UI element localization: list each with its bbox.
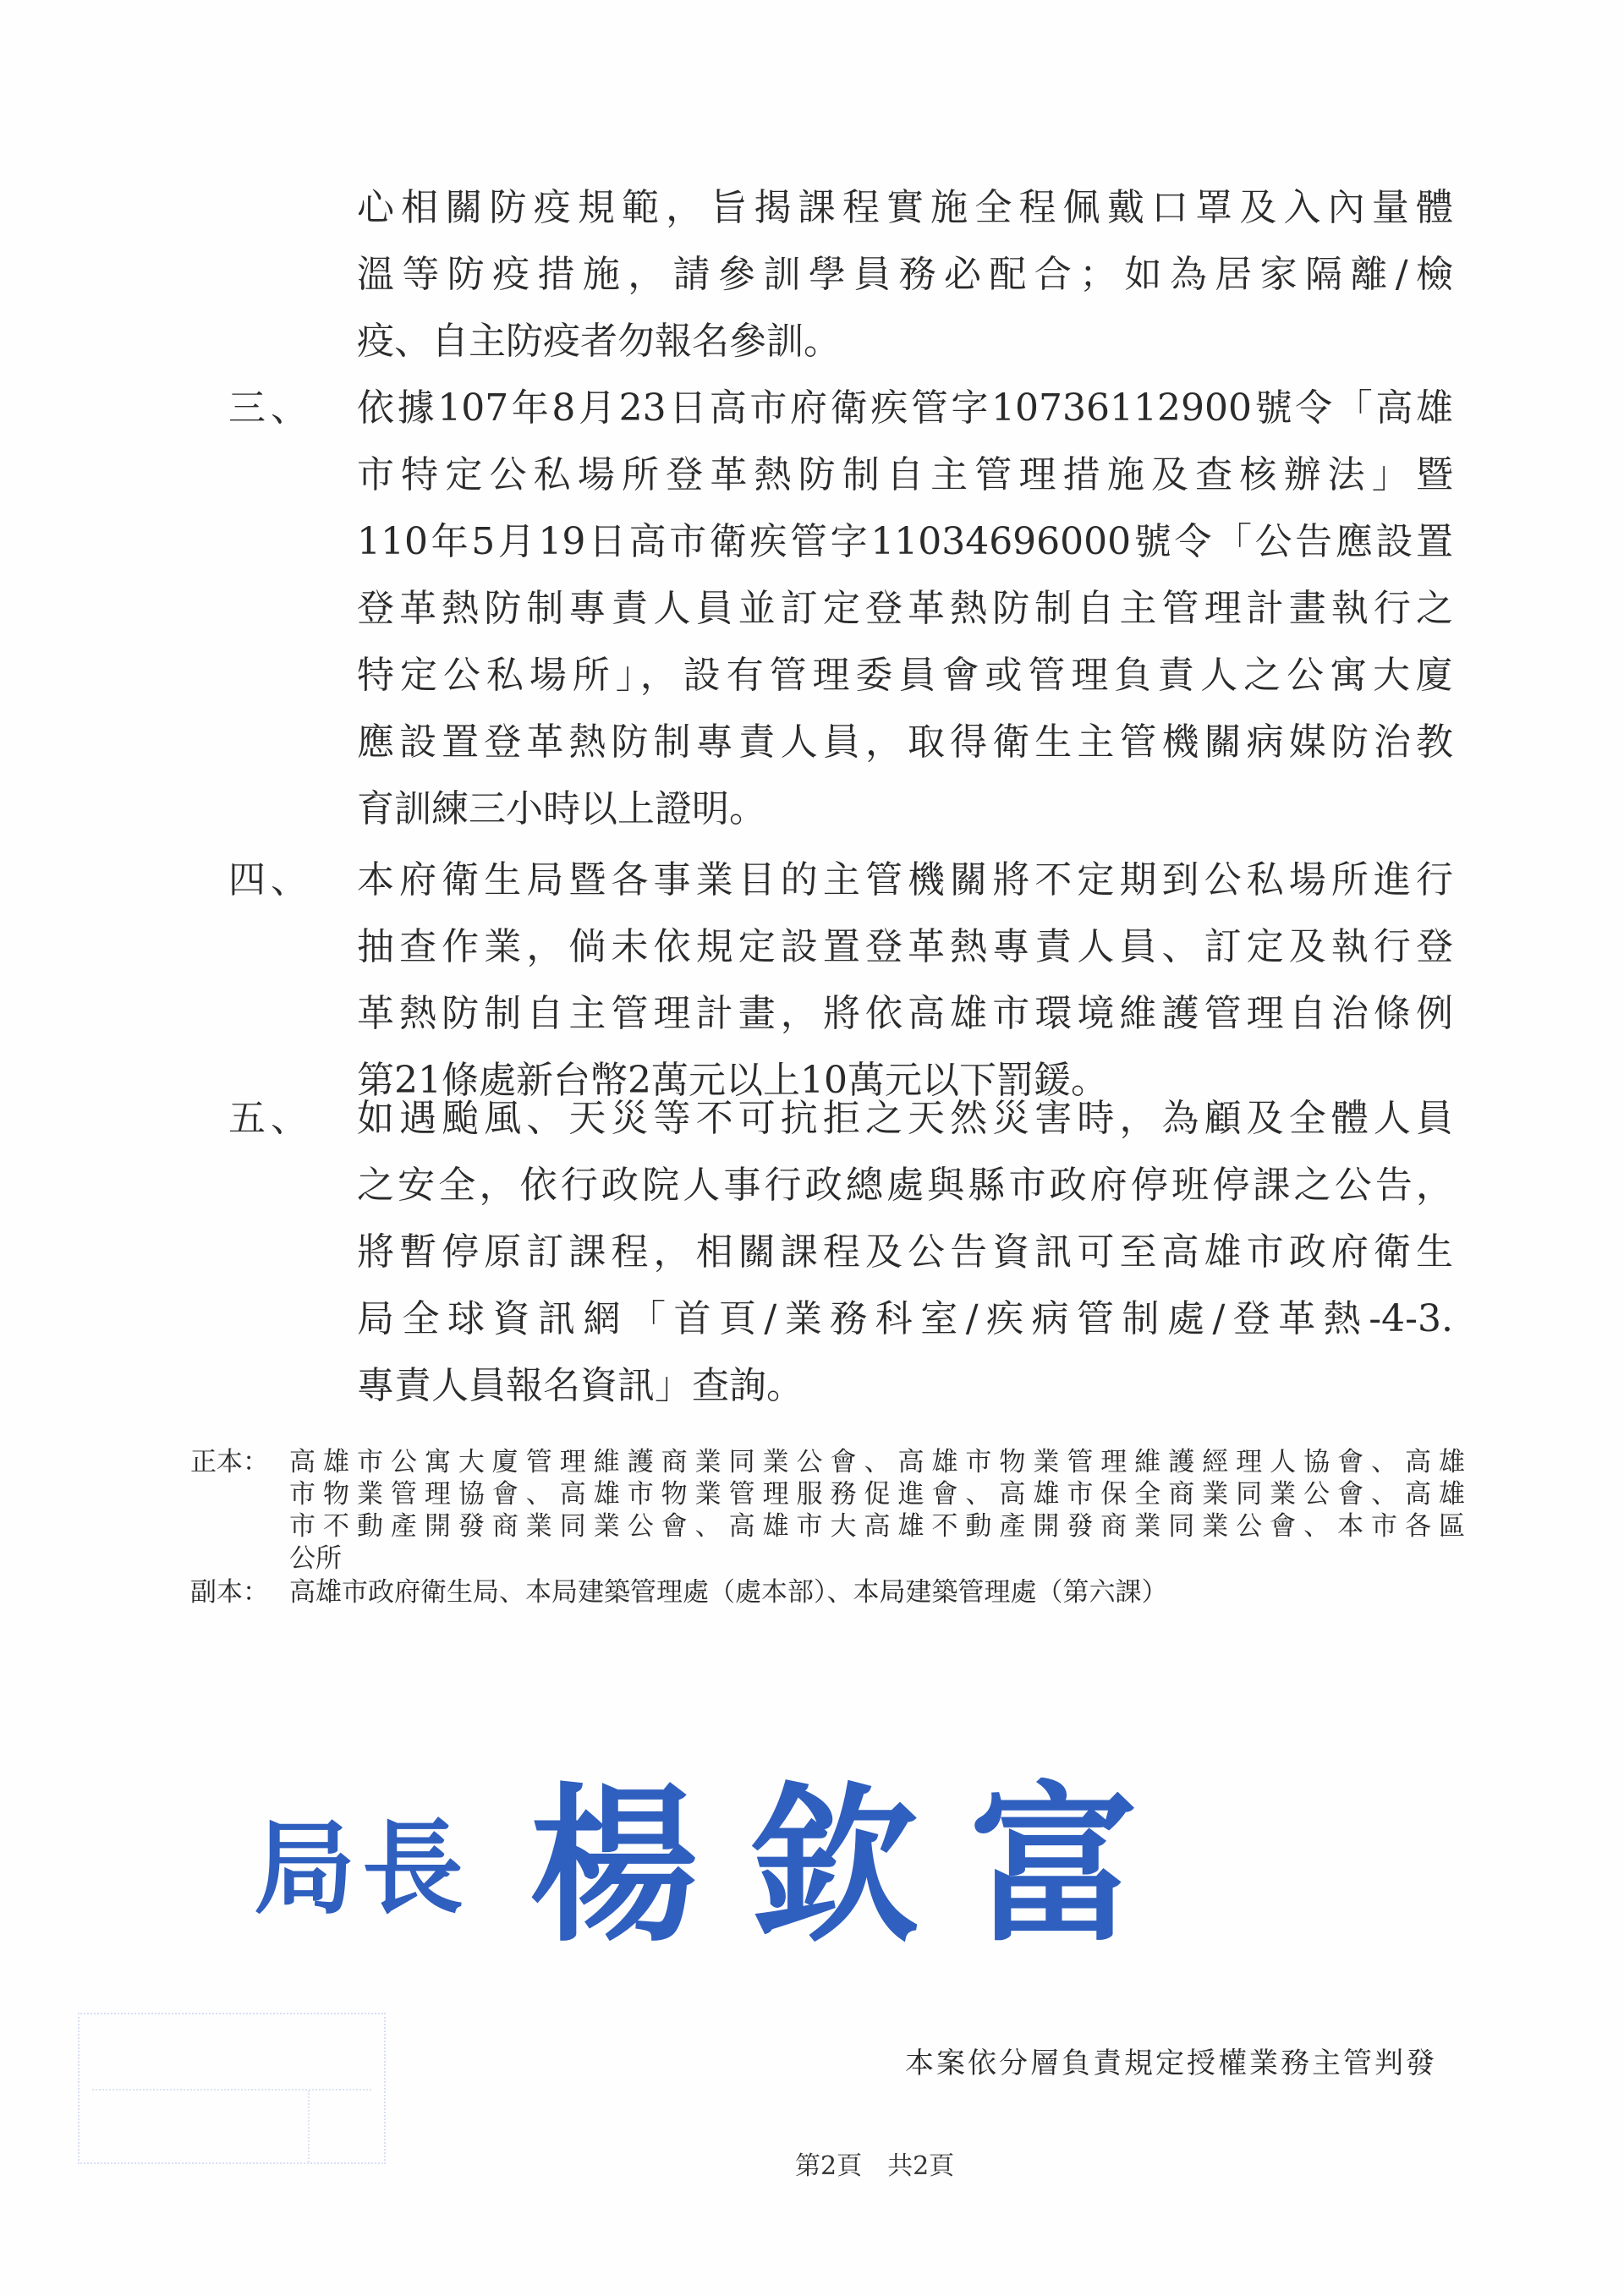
body-line: 育訓練三小時以上證明。: [357, 775, 1453, 842]
body-line: 如遇颱風、天災等不可抗拒之天然災害時，為顧及全體人員: [357, 1085, 1453, 1152]
signature-name: 楊欽富: [529, 1731, 1189, 1974]
body-line: 應設置登革熱防制專責人員，取得衛生主管機關病媒防治教: [357, 709, 1453, 775]
body-line: 專責人員報名資訊」查詢。: [357, 1352, 1453, 1419]
receipt-stamp: [78, 2013, 386, 2164]
original-recipients-line: 公所: [289, 1543, 1465, 1575]
body-line: 特定公私場所」，設有管理委員會或管理負責人之公寓大廈: [357, 642, 1453, 709]
body-line: 登革熱防制專責人員並訂定登革熱防制自主管理計畫執行之: [357, 575, 1453, 642]
copy-recipients-line: 高雄市政府衛生局、本局建築管理處（處本部）、本局建築管理處（第六課）: [289, 1576, 1465, 1608]
original-recipients-line: 市不動產開發商業同業公會、高雄市大高雄不動產開發商業同業公會、本市各區: [289, 1510, 1465, 1543]
body-line: 之安全，依行政院人事行政總處與縣市政府停班停課之公告，: [357, 1152, 1453, 1219]
body-line: 局全球資訊網「首頁/業務科室/疾病管制處/登革熱-4-3.: [357, 1285, 1453, 1352]
original-recipients-label: 正本：: [190, 1446, 290, 1478]
body-line: 市特定公私場所登革熱防制自主管理措施及查核辦法」暨: [357, 441, 1453, 508]
stamp-divider: [308, 2091, 310, 2162]
body-line: 革熱防制自主管理計畫，將依高雄市環境維護管理自治條例: [357, 980, 1453, 1047]
body-line: 心相關防疫規範，旨揭課程實施全程佩戴口罩及入內量體: [357, 174, 1453, 241]
body-line: 疫、自主防疫者勿報名參訓。: [357, 308, 1453, 375]
body-line: 本府衛生局暨各事業目的主管機關將不定期到公私場所進行: [357, 847, 1453, 913]
page-number: 第2頁 共2頁: [795, 2145, 954, 2182]
body-line: 110年5月19日高市衛疾管字11034696000號令「公告應設置: [357, 508, 1453, 575]
body-line: 抽查作業，倘未依規定設置登革熱專責人員、訂定及執行登: [357, 913, 1453, 980]
copy-recipients-label: 副本：: [190, 1576, 290, 1608]
delegation-note: 本案依分層負責規定授權業務主管判發: [905, 2040, 1437, 2081]
original-recipients-line: 市物業管理協會、高雄市物業管理服務促進會、高雄市保全商業同業公會、高雄: [289, 1478, 1465, 1510]
item-marker: 四、: [228, 847, 355, 913]
body-line: 溫等防疫措施，請參訓學員務必配合；如為居家隔離/檢: [357, 241, 1453, 308]
stamp-divider: [92, 2089, 371, 2091]
body-line: 將暫停原訂課程，相關課程及公告資訊可至高雄市政府衛生: [357, 1219, 1453, 1285]
original-recipients-line: 高雄市公寓大廈管理維護商業同業公會、高雄市物業管理維護經理人協會、高雄: [289, 1446, 1465, 1478]
item-marker: 三、: [228, 375, 355, 441]
body-line: 依據107年8月23日高市府衛疾管字10736112900號令「高雄: [357, 375, 1453, 441]
document-page: 心相關防疫規範，旨揭課程實施全程佩戴口罩及入內量體 溫等防疫措施，請參訓學員務必…: [0, 0, 1624, 2296]
signature-title: 局長: [254, 1788, 470, 1933]
item-marker: 五、: [228, 1085, 355, 1152]
director-signature-stamp: 局長 楊欽富: [254, 1742, 1189, 1962]
